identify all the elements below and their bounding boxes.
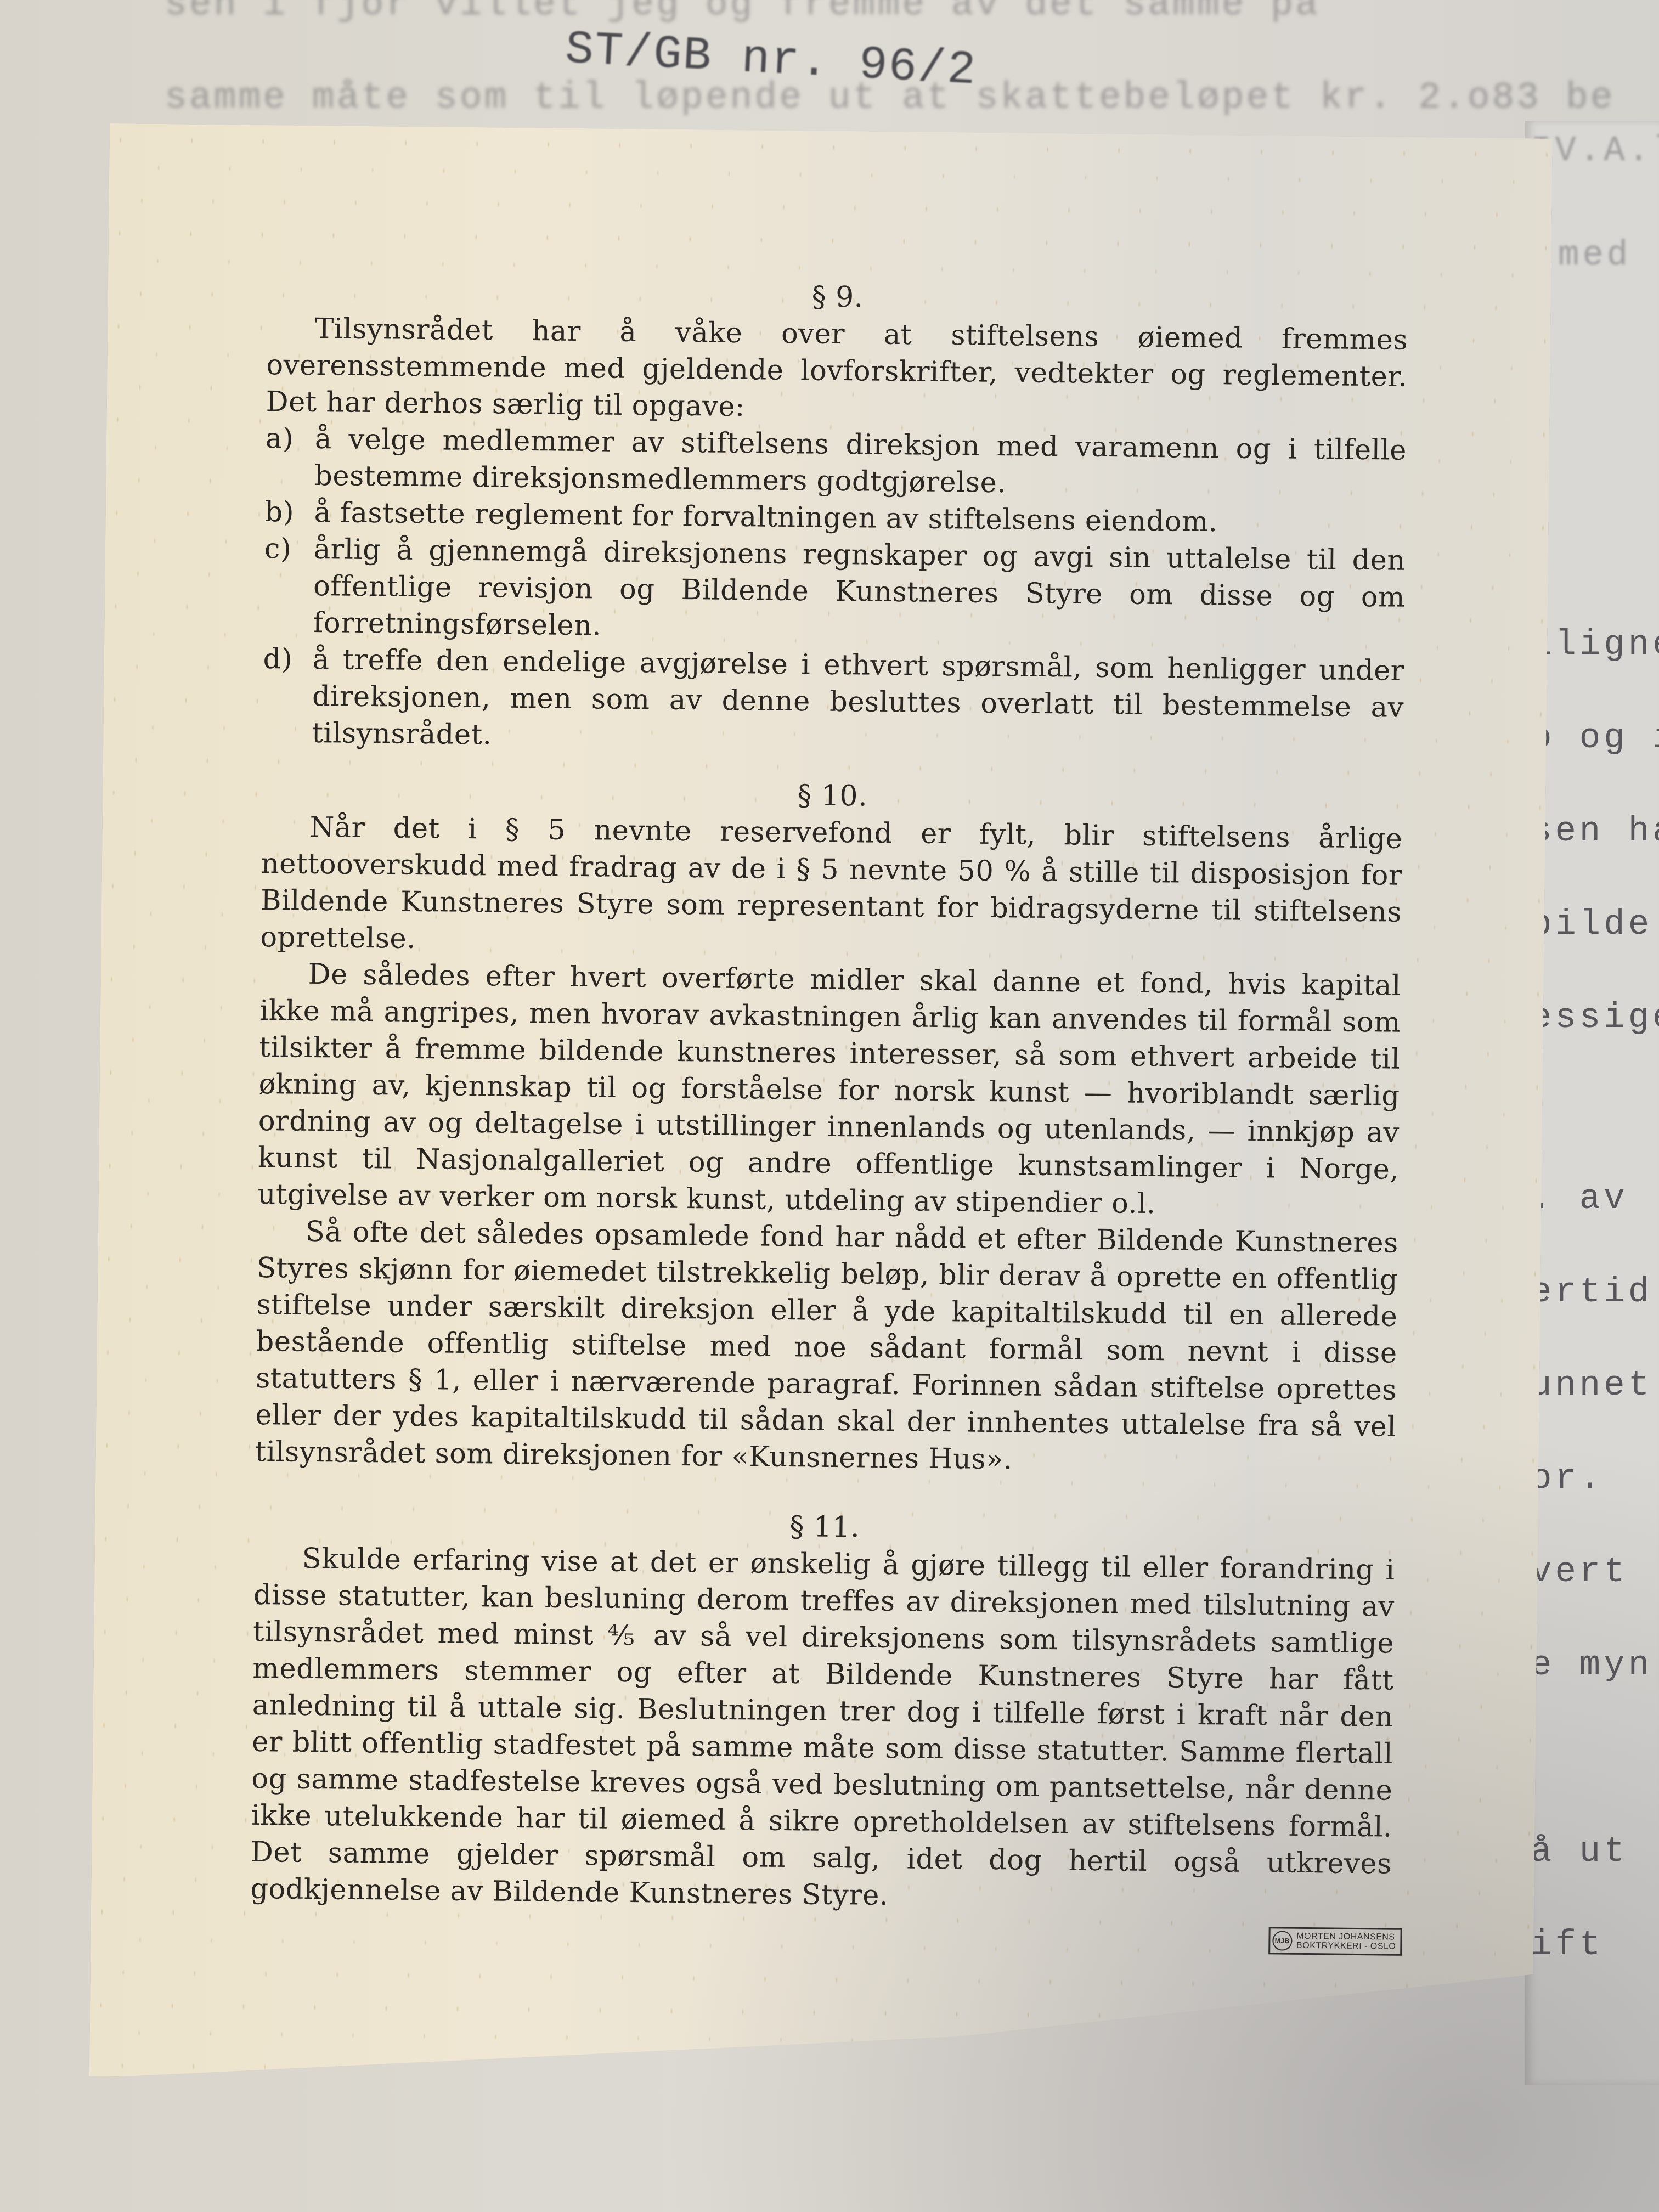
fragment: unnet	[1531, 1366, 1652, 1406]
fragment: å ut	[1531, 1832, 1628, 1872]
fragment: sen ha	[1531, 812, 1659, 851]
fragment: ertid	[1531, 1273, 1652, 1312]
list-label: d)	[262, 641, 313, 752]
list-item: c) årlig å gjennemgå direksjonens regnsk…	[263, 531, 1406, 653]
section-10: § 10. Når det i § 5 nevnte reservefond e…	[255, 772, 1403, 1482]
fragment: or.	[1531, 1459, 1604, 1499]
section-11: § 11. Skulde erfaring vise at det er øns…	[250, 1503, 1396, 1920]
printer-logo-icon: MJB	[1272, 1931, 1292, 1950]
list-text: årlig å gjennemgå direksjonens regnskape…	[313, 531, 1406, 653]
list-item: a) å velge medlemmer av stiftelsens dire…	[265, 420, 1407, 506]
imprint-line: BOKTRYKKERI - OSLO	[1296, 1941, 1396, 1951]
fragment: ift	[1531, 1926, 1604, 1965]
list-item: d) å treffe den endelige avgjørelse i et…	[262, 641, 1404, 763]
fragment: vert	[1531, 1553, 1628, 1592]
fragment: e myn	[1531, 1646, 1652, 1685]
printed-statute-page: § 9. Tilsynsrådet har å våke over at sti…	[89, 123, 1553, 2091]
faint-line: sen i fjor villet jeg og fremme av det s…	[165, 0, 1320, 26]
printer-imprint: MJB MORTEN JOHANSENS BOKTRYKKERI - OSLO	[1268, 1927, 1402, 1956]
paragraph: De således efter hvert overførte midler …	[257, 956, 1401, 1225]
fragment: . av	[1531, 1180, 1628, 1219]
fragment: essige	[1531, 998, 1659, 1038]
statute-text: § 9. Tilsynsrådet har å våke over at sti…	[250, 273, 1408, 1940]
fragment: o og i	[1531, 719, 1659, 758]
paragraph: Skulde erfaring vise at det er ønskelig …	[250, 1540, 1395, 1920]
paragraph: Tilsynsrådet har å våke over at stiftels…	[266, 310, 1408, 432]
list-label: b)	[264, 494, 314, 531]
fragment: med	[1558, 236, 1631, 275]
paragraph: Så ofte det således opsamlede fond har n…	[255, 1213, 1398, 1482]
list-label: a)	[265, 420, 315, 494]
list-label: c)	[263, 531, 314, 641]
list-text: å treffe den endelige avgjørelse i ethve…	[312, 641, 1404, 763]
paragraph: Når det i § 5 nevnte reservefond er fylt…	[260, 809, 1403, 968]
section-9: § 9. Tilsynsrådet har å våke over at sti…	[262, 273, 1408, 763]
fragment: bilde	[1531, 905, 1652, 945]
fragment: iligne	[1531, 625, 1659, 665]
list-text: å velge medlemmer av stiftelsens direksj…	[314, 421, 1407, 506]
imprint-line: MORTEN JOHANSENS	[1296, 1932, 1396, 1942]
